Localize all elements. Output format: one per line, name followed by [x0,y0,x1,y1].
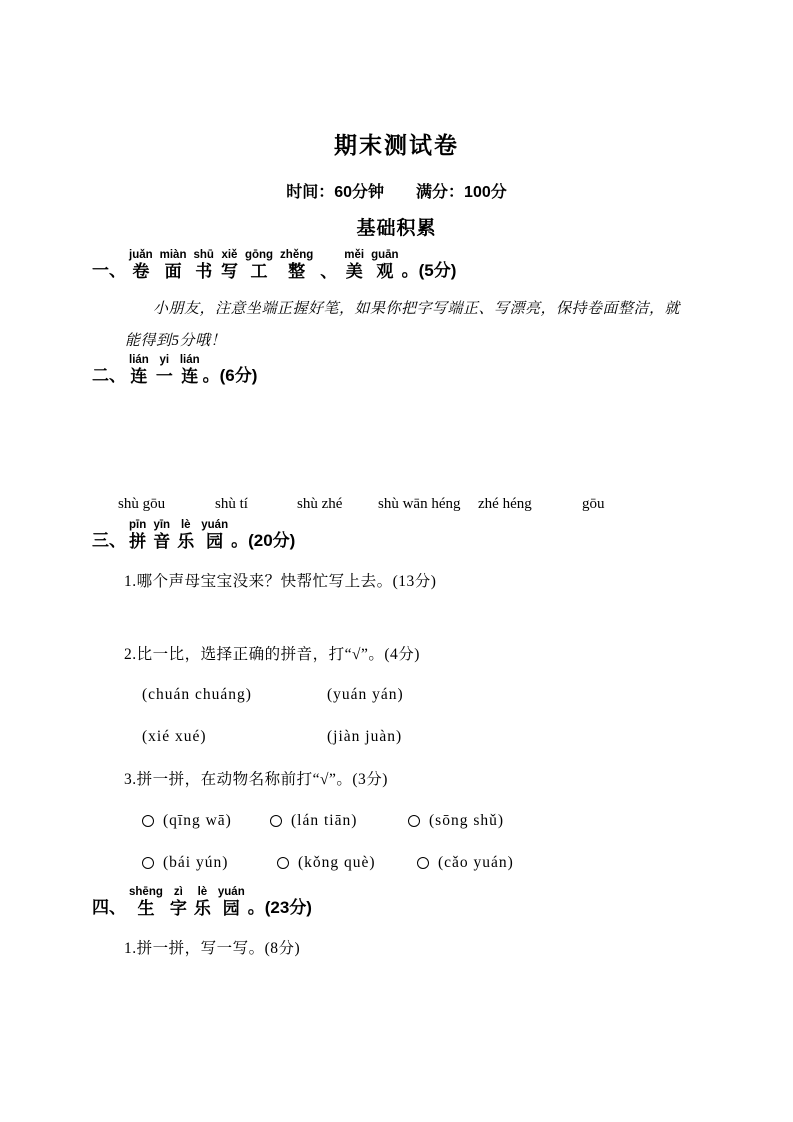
animal-option: (kǒng què) [277,854,376,872]
section-2-heading: 二、 lián连yi一lián连 。(6分) [92,354,257,387]
question-3-1: 1.哪个声母宝宝没来？快帮忙写上去。(13分) [124,569,436,591]
pinyin-hanzi-pair: yuán园 [201,519,228,552]
note-line-2: 能得到5分哦！ [125,325,680,357]
pinyin-hanzi-pair: xiě写 [221,249,238,282]
section-1-note: 小朋友，注意坐端正握好笔，如果你把字写端正、写漂亮，保持卷面整洁，就 能得到5分… [125,293,680,357]
animal-option-label: (lán tiān) [291,812,357,830]
pinyin-hanzi-pair: shū书 [193,249,213,282]
section-4-heading: 四、 shēng生zì字lè乐yuán园 。(23分) [92,886,312,919]
exam-title: 期末测试卷 [0,127,793,160]
stroke-name-label: shù gōu [118,496,165,513]
pinyin-hanzi-pair: gōng工 [245,249,273,282]
pinyin-hanzi-pair: shēng生 [129,886,163,919]
animal-option-row-2: (bái yún) (kǒng què) (cǎo yuán) [0,854,793,876]
pinyin-option-row-1: (chuán chuáng) (yuán yán) [0,686,793,708]
section-3-number: 三、 [92,530,126,552]
question-3-3: 3.拼一拼，在动物名称前打“√”。(3分) [124,767,388,789]
question-3-2: 2.比一比，选择正确的拼音，打“√”。(4分) [124,642,420,664]
section-3-heading: 三、 pīn拼yīn音lè乐yuán园 。(20分) [92,519,295,552]
section-3-pinyin-title: pīn拼yīn音lè乐yuán园 [126,519,231,552]
section-1-number: 一、 [92,260,126,282]
animal-option: (sōng shǔ) [408,812,504,830]
pinyin-hanzi-pair: 、 [320,249,337,282]
pinyin-option: (yuán yán) [327,686,404,704]
pinyin-hanzi-pair: zhěng整 [280,249,313,282]
animal-option: (lán tiān) [270,812,357,830]
section-1-heading: 一、 juǎn卷miàn面shū书xiě写gōng工zhěng整、měi美guā… [92,249,456,282]
exam-time-score-line: 时间：60分钟 满分：100分 [0,179,793,202]
pinyin-hanzi-pair: lián连 [180,354,200,387]
pinyin-hanzi-pair: miàn面 [160,249,187,282]
pinyin-hanzi-pair: zì字 [170,886,187,919]
stroke-name-label: shù wān héng [378,496,461,513]
animal-option: (cǎo yuán) [417,854,514,872]
animal-option-row-1: (qīng wā) (lán tiān) (sōng shǔ) [0,812,793,834]
pinyin-option: (jiàn juàn) [327,728,402,746]
pinyin-hanzi-pair: lián连 [129,354,149,387]
answer-circle-icon [277,857,289,869]
answer-circle-icon [408,815,420,827]
section-2-score: 。(6分) [203,365,258,387]
animal-option-label: (bái yún) [163,854,228,872]
animal-option-label: (kǒng què) [298,854,376,872]
question-4-1: 1.拼一拼，写一写。(8分) [124,936,300,958]
section-1-score: 。(5分) [402,260,457,282]
animal-option: (bái yún) [142,854,228,872]
section-4-score: 。(23分) [248,897,312,919]
part-heading: 基础积累 [0,213,793,240]
pinyin-hanzi-pair: měi美 [344,249,364,282]
animal-option: (qīng wā) [142,812,232,830]
animal-option-label: (cǎo yuán) [438,854,514,872]
answer-circle-icon [270,815,282,827]
pinyin-hanzi-pair: juǎn卷 [129,249,153,282]
section-1-pinyin-title: juǎn卷miàn面shū书xiě写gōng工zhěng整、měi美guān观 [126,249,402,282]
answer-circle-icon [142,815,154,827]
stroke-name-label: gōu [582,496,605,513]
stroke-name-label: shù tí [215,496,248,513]
pinyin-hanzi-pair: yuán园 [218,886,245,919]
pinyin-option: (xié xué) [142,728,207,746]
pinyin-hanzi-pair: pīn拼 [129,519,146,552]
pinyin-option: (chuán chuáng) [142,686,252,704]
stroke-name-row: shù gōu shù tí shù zhé shù wān héng zhé … [0,496,793,516]
pinyin-hanzi-pair: yīn音 [153,519,170,552]
pinyin-hanzi-pair: guān观 [371,249,398,282]
stroke-name-label: shù zhé [297,496,342,513]
section-2-number: 二、 [92,365,126,387]
section-2-pinyin-title: lián连yi一lián连 [126,354,203,387]
note-line-1: 小朋友，注意坐端正握好笔，如果你把字写端正、写漂亮，保持卷面整洁，就 [125,293,680,325]
section-4-pinyin-title: shēng生zì字lè乐yuán园 [126,886,248,919]
section-3-score: 。(20分) [231,530,295,552]
animal-option-label: (qīng wā) [163,812,232,830]
exam-page: 期末测试卷 时间：60分钟 满分：100分 基础积累 一、 juǎn卷miàn面… [0,0,793,1122]
pinyin-option-row-2: (xié xué) (jiàn juàn) [0,728,793,750]
pinyin-hanzi-pair: lè乐 [194,886,211,919]
answer-circle-icon [417,857,429,869]
pinyin-hanzi-pair: lè乐 [177,519,194,552]
pinyin-hanzi-pair: yi一 [156,354,173,387]
stroke-name-label: zhé héng [478,496,532,513]
answer-circle-icon [142,857,154,869]
animal-option-label: (sōng shǔ) [429,812,504,830]
section-4-number: 四、 [92,897,126,919]
